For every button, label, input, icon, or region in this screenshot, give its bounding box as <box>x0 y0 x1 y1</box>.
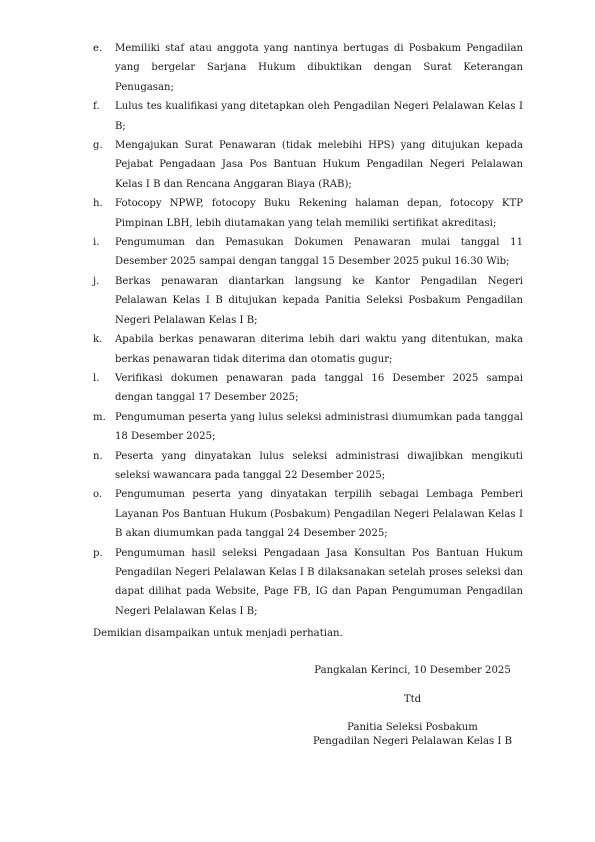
list-marker: h. <box>93 194 115 233</box>
institution-name: Pengadilan Negeri Pelalawan Kelas I B <box>295 735 530 749</box>
requirements-list: e.Memiliki staf atau anggota yang nantin… <box>93 39 523 621</box>
list-item: l.Verifikasi dokumen penawaran pada tang… <box>93 369 523 408</box>
list-marker: m. <box>93 408 115 447</box>
list-item: i.Pengumuman dan Pemasukan Dokumen Penaw… <box>93 233 523 272</box>
list-marker: e. <box>93 39 115 97</box>
closing-statement: Demikian disampaikan untuk menjadi perha… <box>93 624 343 643</box>
list-item-text: Fotocopy NPWP, fotocopy Buku Rekening ha… <box>115 194 523 233</box>
place-date: Pangkalan Kerinci, 10 Desember 2025 <box>295 664 530 678</box>
signature-block: Pangkalan Kerinci, 10 Desember 2025 Ttd … <box>295 664 530 749</box>
list-marker: j. <box>93 272 115 330</box>
list-item-text: Berkas penawaran diantarkan langsung ke … <box>115 272 523 330</box>
list-item-text: Verifikasi dokumen penawaran pada tangga… <box>115 369 523 408</box>
list-marker: p. <box>93 544 115 622</box>
committee-name: Panitia Seleksi Posbakum <box>295 721 530 735</box>
list-item: e.Memiliki staf atau anggota yang nantin… <box>93 39 523 97</box>
list-item: n.Peserta yang dinyatakan lulus seleksi … <box>93 447 523 486</box>
list-item: o.Pengumuman peserta yang dinyatakan ter… <box>93 485 523 543</box>
list-item: m.Pengumuman peserta yang lulus seleksi … <box>93 408 523 447</box>
list-item-text: Mengajukan Surat Penawaran (tidak melebi… <box>115 136 523 194</box>
list-item-text: Pengumuman dan Pemasukan Dokumen Penawar… <box>115 233 523 272</box>
list-marker: o. <box>93 485 115 543</box>
list-marker: n. <box>93 447 115 486</box>
document-page: e.Memiliki staf atau anggota yang nantin… <box>0 0 595 842</box>
list-item-text: Memiliki staf atau anggota yang nantinya… <box>115 39 523 97</box>
list-marker: g. <box>93 136 115 194</box>
list-marker: l. <box>93 369 115 408</box>
list-item-text: Pengumuman peserta yang dinyatakan terpi… <box>115 485 523 543</box>
list-item: j.Berkas penawaran diantarkan langsung k… <box>93 272 523 330</box>
list-item: p.Pengumuman hasil seleksi Pengadaan Jas… <box>93 544 523 622</box>
list-item-text: Pengumuman hasil seleksi Pengadaan Jasa … <box>115 544 523 622</box>
list-item-text: Lulus tes kualifikasi yang ditetapkan ol… <box>115 97 523 136</box>
list-item-text: Pengumuman peserta yang lulus seleksi ad… <box>115 408 523 447</box>
list-marker: f. <box>93 97 115 136</box>
list-marker: i. <box>93 233 115 272</box>
list-item-text: Apabila berkas penawaran diterima lebih … <box>115 330 523 369</box>
list-item-text: Peserta yang dinyatakan lulus seleksi ad… <box>115 447 523 486</box>
list-item: k.Apabila berkas penawaran diterima lebi… <box>93 330 523 369</box>
signed-mark: Ttd <box>295 693 530 707</box>
list-item: h.Fotocopy NPWP, fotocopy Buku Rekening … <box>93 194 523 233</box>
list-item: g.Mengajukan Surat Penawaran (tidak mele… <box>93 136 523 194</box>
list-marker: k. <box>93 330 115 369</box>
list-item: f.Lulus tes kualifikasi yang ditetapkan … <box>93 97 523 136</box>
